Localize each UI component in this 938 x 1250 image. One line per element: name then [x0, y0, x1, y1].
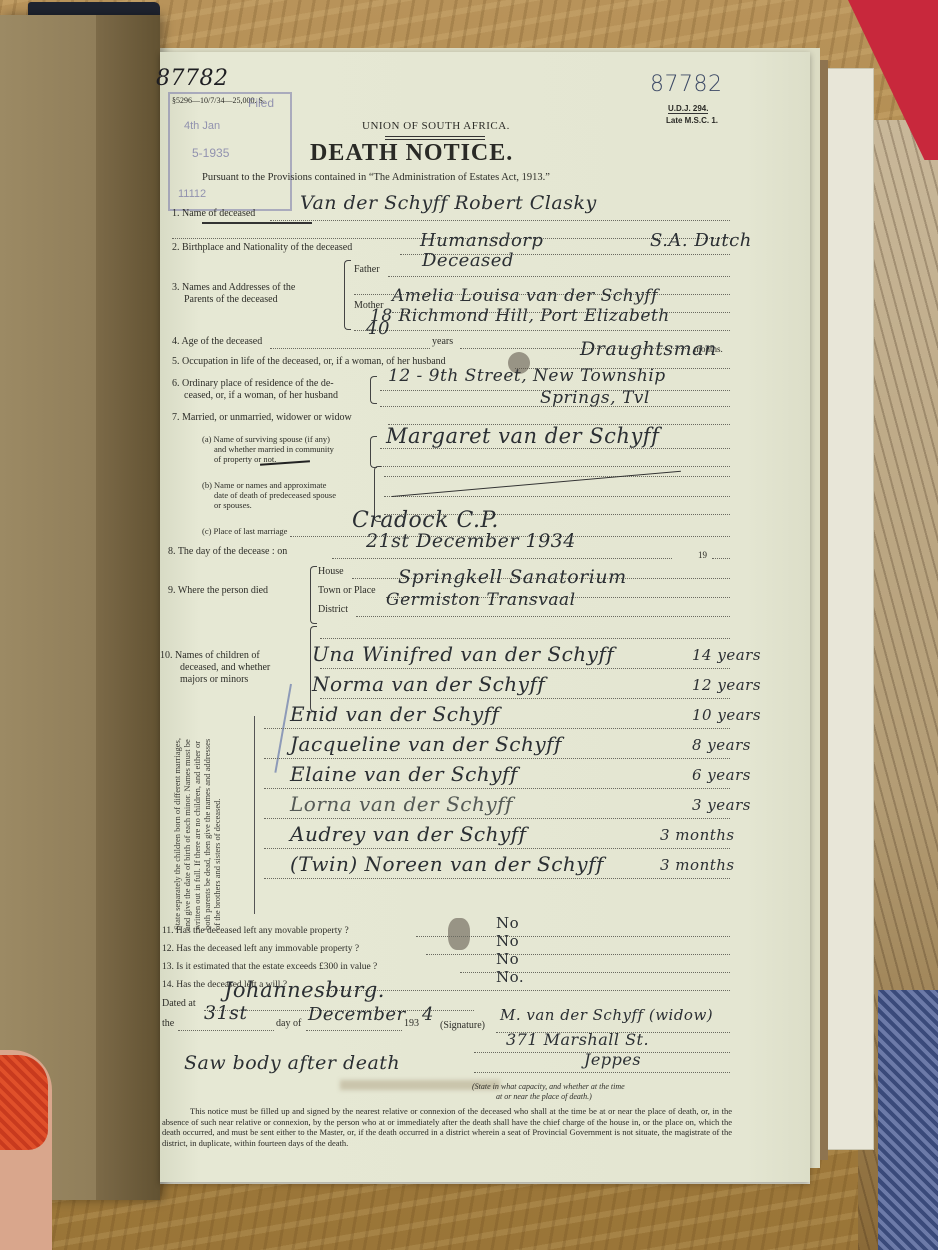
union-header: UNION OF SOUTH AFRICA.	[362, 120, 510, 132]
value-year: 4	[422, 1004, 434, 1025]
value-town: Springkell Sanatorium	[398, 566, 627, 588]
blue-cloth	[878, 990, 938, 1250]
side-bracket	[254, 716, 255, 914]
label-birthplace: 2. Birthplace and Nationality of the dec…	[172, 242, 352, 253]
value-residence-2: Springs, Tvl	[540, 388, 650, 408]
child-name: Lorna van der Schyff	[290, 792, 513, 816]
label-children-1: 10. Names of children of	[160, 650, 260, 661]
label-the: the	[162, 1018, 174, 1029]
label-house: House	[318, 566, 344, 577]
ink-stain	[448, 918, 470, 950]
child-name: Audrey van der Schyff	[290, 822, 527, 846]
child-name: Enid van der Schyff	[290, 702, 499, 726]
label-year-19: 19	[698, 550, 707, 560]
label-parents-1: 3. Names and Addresses of the	[172, 282, 295, 293]
label-children-3: majors or minors	[180, 674, 248, 685]
label-marital: 7. Married, or unmarried, widower or wid…	[172, 412, 352, 423]
capacity-note-1: (State in what capacity, and whether at …	[472, 1082, 625, 1092]
label-spouse-1: (a) Name of surviving spouse (if any)	[202, 434, 330, 444]
child-age: 10 years	[692, 706, 761, 724]
label-age: 4. Age of the deceased	[172, 336, 262, 347]
value-mother-address: 18 Richmond Hill, Port Elizabeth	[370, 306, 670, 326]
value-month: December	[308, 1004, 406, 1025]
value-date-of-death: 21st December 1934	[366, 530, 576, 552]
child-age: 12 years	[692, 676, 761, 694]
child-name: Jacqueline van der Schyff	[290, 732, 562, 756]
form-code: U.D.J. 294.	[668, 104, 708, 114]
value-estate-value: No	[496, 950, 519, 968]
value-dated-at: Johannesburg.	[224, 978, 385, 1002]
value-immovable: No	[496, 932, 519, 950]
label-marriage-place: (c) Place of last marriage	[202, 526, 287, 536]
file-number-left: 87782	[156, 66, 229, 91]
glove	[0, 1055, 48, 1150]
child-name: (Twin) Noreen van der Schyff	[290, 852, 604, 876]
value-spouse: Margaret van der Schyff	[386, 424, 659, 448]
form-code-late: Late M.S.C. 1.	[666, 116, 718, 125]
label-parents-2: Parents of the deceased	[184, 294, 278, 305]
file-number-right: 87782	[650, 72, 723, 97]
value-signature: M. van der Schyff (widow)	[500, 1006, 713, 1024]
folder-edge	[96, 15, 160, 1200]
label-residence-2: ceased, or, if a woman, of her husband	[184, 390, 338, 401]
label-signature: (Signature)	[440, 1020, 485, 1031]
child-name: Una Winifred van der Schyff	[312, 642, 614, 666]
child-age: 3 months	[660, 856, 735, 874]
label-name: 1. Name of deceased	[172, 208, 255, 219]
label-estate-value: 13. Is it estimated that the estate exce…	[162, 962, 377, 972]
value-address-1: 371 Marshall St.	[506, 1030, 649, 1049]
footer-note: This notice must be filled up and signed…	[162, 1106, 732, 1148]
value-name: Van der Schyff Robert Clasky	[300, 192, 597, 214]
value-age: 40	[366, 318, 390, 339]
child-name: Elaine van der Schyff	[290, 762, 518, 786]
label-predeceased-1: (b) Name or names and approximate	[202, 480, 326, 490]
label-father: Father	[354, 264, 380, 275]
label-dated-at: Dated at	[162, 998, 196, 1009]
underline-mark	[202, 222, 312, 224]
label-place-of-death: 9. Where the person died	[168, 585, 268, 596]
label-movable: 11. Has the deceased left any movable pr…	[162, 926, 349, 936]
label-years: years	[432, 336, 453, 347]
child-age: 8 years	[692, 736, 751, 754]
label-district: District	[318, 604, 348, 615]
child-age: 14 years	[692, 646, 761, 664]
label-residence-1: 6. Ordinary place of residence of the de…	[172, 378, 334, 389]
label-predeceased-3: or spouses.	[214, 500, 252, 510]
value-will: No.	[496, 968, 524, 986]
child-name: Norma van der Schyff	[312, 672, 545, 696]
label-day-of: day of	[276, 1018, 301, 1029]
subtitle: Pursuant to the Provisions contained in …	[202, 172, 550, 183]
value-occupation: Draughtsman	[580, 338, 717, 360]
value-day: 31st	[204, 1002, 248, 1024]
label-spouse-2: and whether married in community	[214, 444, 334, 454]
filed-stamp: Filed 4th Jan 5-1935 11112	[168, 92, 292, 211]
label-immovable: 12. Has the deceased left any immovable …	[162, 944, 359, 954]
label-town: Town or Place	[318, 585, 376, 596]
page-title: DEATH NOTICE.	[310, 140, 513, 167]
value-district: Germiston Transvaal	[386, 590, 576, 610]
child-age: 3 years	[692, 796, 751, 814]
capacity-note-2: at or near the place of death.)	[496, 1092, 592, 1102]
value-nationality: S.A. Dutch	[650, 230, 752, 251]
children-side-note: State separately the children born of di…	[172, 730, 222, 930]
death-notice-form: 87782 §5296—10/7/34—25,000. S. Filed 4th…	[160, 52, 810, 1182]
child-age: 6 years	[692, 766, 751, 784]
value-address-2: Jeppes	[584, 1050, 641, 1069]
child-age: 3 months	[660, 826, 735, 844]
value-birthplace: Humansdorp	[420, 230, 543, 251]
value-father: Deceased	[422, 250, 514, 271]
value-capacity: Saw body after death	[184, 1052, 400, 1074]
label-children-2: deceased, and whether	[180, 662, 270, 673]
blank-stroke	[392, 471, 681, 497]
value-residence-1: 12 - 9th Street, New Township	[388, 366, 666, 386]
value-mother: Amelia Louisa van der Schyff	[392, 286, 658, 306]
label-year-193: 193	[404, 1018, 419, 1029]
label-date-of-death: 8. The day of the decease : on	[168, 546, 287, 557]
value-movable: No	[496, 914, 519, 932]
label-predeceased-2: date of death of predeceased spouse	[214, 490, 336, 500]
